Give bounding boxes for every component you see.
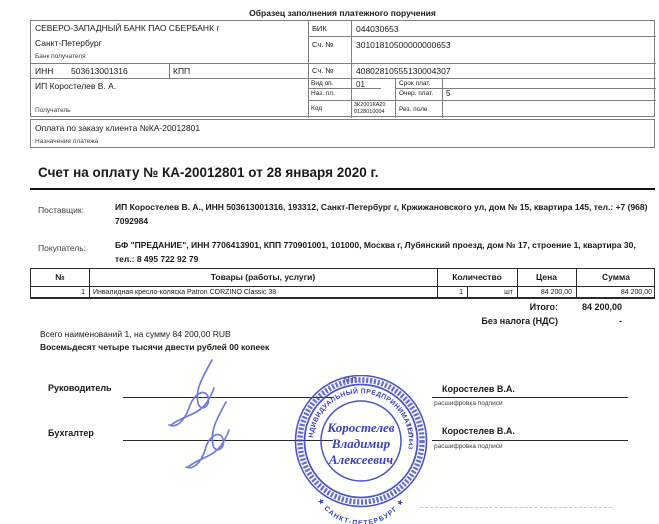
col-header-price: Цена <box>517 272 576 282</box>
amount-in-words: Восемьдесят четыре тысячи двести рублей … <box>40 342 269 352</box>
kod-value-line2: 0128010004 <box>354 109 386 116</box>
purpose-footnote: Назначение платежа <box>35 138 98 145</box>
invoice-title: Счет на оплату № КА-20012801 от 28 январ… <box>38 165 379 180</box>
heading-rule <box>30 188 655 190</box>
kod-label: Код <box>311 105 322 112</box>
corr-acc-value: 30101810500000000653 <box>356 40 451 50</box>
srok-plat-label: Срок плат. <box>399 80 430 87</box>
vid-op-value: 01 <box>356 80 365 89</box>
accountant-signature-ink <box>168 396 298 504</box>
kod-value: 3К2001КА20 0128010004 <box>354 102 386 116</box>
accountant-label: Бухгалтер <box>48 428 94 438</box>
corr-acc-label: Сч. № <box>312 40 333 49</box>
col-header-num: № <box>31 272 89 282</box>
item-qty: 1 <box>437 289 463 296</box>
buyer-label: Покупатель: <box>38 238 115 266</box>
divider <box>351 21 352 118</box>
buyer-value: БФ "ПРЕДАНИЕ", ИНН 7706413901, КПП 77090… <box>115 238 652 266</box>
item-goods: Инвалидная кресло-коляска Patron CORZINO… <box>93 289 276 296</box>
supplier-row: Поставщик: ИП Коростелев В. А., ИНН 5036… <box>38 200 652 228</box>
payee-name: ИП Коростелев В. А. <box>35 81 116 91</box>
divider <box>31 63 656 64</box>
document-header-title: Образец заполнения платежного поручения <box>30 8 655 18</box>
acc-label: Сч. № <box>312 66 333 75</box>
stamp-center-line3: Алексеевич <box>328 452 393 467</box>
inn-label: ИНН <box>35 66 53 76</box>
bank-footnote: Банк получателя <box>35 53 86 60</box>
bank-city: Санкт-Петербург <box>35 38 102 48</box>
vid-op-label: Вид оп. <box>311 80 334 87</box>
bank-requisites-table: СЕВЕРО-ЗАПАДНЫЙ БАНК ПАО СБЕРБАНК г Санк… <box>30 20 655 117</box>
item-sum: 84 200,00 <box>576 289 652 296</box>
divider <box>308 88 381 89</box>
buyer-row: Покупатель: БФ "ПРЕДАНИЕ", ИНН 770641390… <box>38 238 652 266</box>
company-stamp: ИНДИВИДУАЛЬНЫЙ ПРЕДПРИНИМАТЕЛЬ 3177843 ★… <box>290 375 434 524</box>
kod-value-line1: 3К2001КА20 <box>354 102 386 109</box>
naz-pl-label: Наз. пл. <box>311 90 335 97</box>
acc-value: 40802810555130004307 <box>356 66 451 76</box>
item-unit: шт <box>467 289 513 296</box>
bank-name: СЕВЕРО-ЗАПАДНЫЙ БАНК ПАО СБЕРБАНК г <box>35 23 219 33</box>
transcript-caption: расшифровка подписи <box>434 443 503 450</box>
payment-purpose-box: Оплата по заказу клиента №КА-20012801 На… <box>30 119 655 148</box>
transcript-caption: расшифровка подписи <box>434 400 503 407</box>
bik-label: БИК <box>312 24 327 33</box>
items-count-line: Всего наименований 1, на сумму 84 200,00… <box>40 329 231 339</box>
accountant-name-line <box>432 440 628 441</box>
divider <box>31 286 654 287</box>
total-value: 84 200,00 <box>520 302 622 312</box>
item-num: 1 <box>31 289 85 296</box>
divider <box>169 63 170 78</box>
stamp-center-line2: Владимир <box>331 436 391 451</box>
divider <box>395 88 656 89</box>
rez-pole-label: Рез. поле <box>399 106 428 113</box>
inn-value: 503613001316 <box>71 66 128 76</box>
bik-value: 044030653 <box>356 24 399 34</box>
col-header-qty: Количество <box>437 272 517 282</box>
col-header-sum: Сумма <box>576 272 656 282</box>
supplier-label: Поставщик: <box>38 200 115 228</box>
divider <box>308 21 309 118</box>
items-table: № Товары (работы, услуги) Количество Цен… <box>30 268 655 299</box>
no-vat-value: - <box>520 316 622 326</box>
director-name-line <box>432 397 628 398</box>
payment-order-document: Образец заполнения платежного поручения … <box>0 0 659 524</box>
stamp-center-line1: Коростелев <box>326 420 394 435</box>
col-header-goods: Товары (работы, услуги) <box>89 272 437 282</box>
item-price: 84 200,00 <box>517 289 572 296</box>
purpose-value: Оплата по заказу клиента №КА-20012801 <box>35 123 200 133</box>
divider <box>395 78 396 118</box>
divider <box>442 78 443 118</box>
supplier-value: ИП Коростелев В. А., ИНН 503613001316, 1… <box>115 200 652 228</box>
page-cut-line <box>420 507 612 508</box>
director-label: Руководитель <box>48 383 112 393</box>
ocher-plat-value: 5 <box>446 89 450 98</box>
kpp-label: КПП <box>173 66 190 76</box>
divider <box>308 100 656 101</box>
divider <box>308 36 656 37</box>
director-name: Коростелев В.А. <box>442 384 515 394</box>
payee-footnote: Получатель <box>35 107 71 114</box>
divider <box>31 78 656 79</box>
accountant-name: Коростелев В.А. <box>442 426 515 436</box>
ocher-plat-label: Очер. плат. <box>399 90 433 97</box>
